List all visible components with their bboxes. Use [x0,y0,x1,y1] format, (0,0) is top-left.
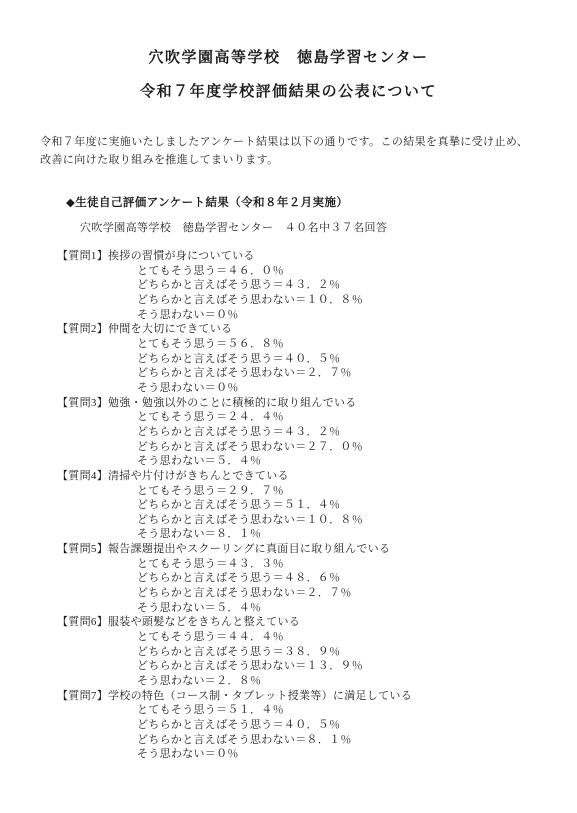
answer-line-somewhat-agree: どちらかと言えばそう思う＝４０．５％ [137,718,577,733]
answer-line-somewhat-disagree: どちらかと言えばそう思わない＝８．１％ [137,733,577,748]
answer-line-disagree: そう思わない＝２．８％ [137,674,577,689]
answer-line-somewhat-agree: どちらかと言えばそう思う＝４３．２％ [137,425,577,440]
question-label: 【質問4】 [57,470,108,482]
document-title-line1: 穴吹学園高等学校 徳島学習センター [0,48,577,68]
question-label: 【質問5】 [57,543,108,555]
question-block: 【質問2】仲間を大切にできている とてもそう思う＝５６．８％ どちらかと言えばそ… [0,322,577,395]
question-label: 【質問1】 [57,250,108,262]
document-title-line2: 令和７年度学校評価結果の公表について [0,82,577,102]
question-label: 【質問2】 [57,323,108,335]
answer-line-somewhat-disagree: どちらかと言えばそう思わない＝２．７％ [137,366,577,381]
answer-line-somewhat-agree: どちらかと言えばそう思う＝５１．４％ [137,498,577,513]
answer-line-disagree: そう思わない＝８．１％ [137,527,577,542]
question-block: 【質問7】学校の特色（コース制・タブレット授業等）に満足している とてもそう思う… [0,689,577,762]
question-label: 【質問3】 [57,397,108,409]
question-text: 報告課題提出やスクーリングに真面目に取り組んでいる [108,543,390,555]
answer-line-somewhat-agree: どちらかと言えばそう思う＝４３．２％ [137,278,577,293]
question-text: 学校の特色（コース制・タブレット授業等）に満足している [108,690,412,702]
answer-line-very-agree: とてもそう思う＝４６．０％ [137,264,577,279]
question-text: 勉強・勉強以外のことに積極的に取り組んでいる [108,397,357,409]
answer-line-somewhat-disagree: どちらかと言えばそう思わない＝２７．０％ [137,440,577,455]
answer-line-somewhat-agree: どちらかと言えばそう思う＝４８．６％ [137,571,577,586]
question-text: 清掃や片付けがきちんとできている [108,470,289,482]
question-text: 仲間を大切にできている [108,323,232,335]
question-block: 【質問5】報告課題提出やスクーリングに真面目に取り組んでいる とてもそう思う＝４… [0,542,577,615]
section-heading: ◆生徒自己評価アンケート結果（令和８年２月実施） [66,196,577,211]
answer-line-very-agree: とてもそう思う＝５６．８％ [137,337,577,352]
question-block: 【質問3】勉強・勉強以外のことに積極的に取り組んでいる とてもそう思う＝２４．４… [0,396,577,469]
question-label: 【質問6】 [57,616,108,628]
answer-line-disagree: そう思わない＝０％ [137,381,577,396]
question-line: 【質問4】清掃や片付けがきちんとできている [57,469,577,484]
question-line: 【質問3】勉強・勉強以外のことに積極的に取り組んでいる [57,396,577,411]
answer-line-very-agree: とてもそう思う＝５１．４％ [137,703,577,718]
intro-paragraph: 令和７年度に実施いたしましたアンケート結果は以下の通りです。この結果を真摯に受け… [40,133,551,169]
question-line: 【質問1】挨拶の習慣が身についている [57,249,577,264]
question-text: 服装や頭髪などをきちんと整えている [108,616,300,628]
answer-line-disagree: そう思わない＝０％ [137,747,577,762]
question-line: 【質問5】報告課題提出やスクーリングに真面目に取り組んでいる [57,542,577,557]
question-line: 【質問6】服装や頭髪などをきちんと整えている [57,615,577,630]
answer-line-disagree: そう思わない＝０％ [137,308,577,323]
answer-line-disagree: そう思わない＝５．４％ [137,454,577,469]
answer-line-very-agree: とてもそう思う＝２９．７％ [137,484,577,499]
intro-line1: 令和７年度に実施いたしましたアンケート結果は以下の通りです。この結果を真摯に受け… [40,133,551,151]
question-block: 【質問6】服装や頭髪などをきちんと整えている とてもそう思う＝４４．４％ どちら… [0,615,577,688]
answer-line-somewhat-disagree: どちらかと言えばそう思わない＝２．７％ [137,586,577,601]
question-text: 挨拶の習慣が身についている [108,250,255,262]
answer-line-somewhat-agree: どちらかと言えばそう思う＝３８．９％ [137,645,577,660]
question-label: 【質問7】 [57,690,108,702]
section-subheading: 穴吹学園高等学校 徳島学習センター ４０名中３７名回答 [80,221,577,236]
answer-line-disagree: そう思わない＝５．４％ [137,601,577,616]
answer-line-somewhat-disagree: どちらかと言えばそう思わない＝１０．８％ [137,513,577,528]
answer-line-very-agree: とてもそう思う＝４４．４％ [137,630,577,645]
answer-line-somewhat-disagree: どちらかと言えばそう思わない＝１０．８％ [137,293,577,308]
document-header: 穴吹学園高等学校 徳島学習センター 令和７年度学校評価結果の公表について [0,0,577,102]
question-line: 【質問2】仲間を大切にできている [57,322,577,337]
question-block: 【質問4】清掃や片付けがきちんとできている とてもそう思う＝２９．７％ どちらか… [0,469,577,542]
question-block: 【質問1】挨拶の習慣が身についている とてもそう思う＝４６．０％ どちらかと言え… [0,249,577,322]
answer-line-somewhat-agree: どちらかと言えばそう思う＝４０．５％ [137,352,577,367]
answer-line-very-agree: とてもそう思う＝４３．３％ [137,557,577,572]
document-page: 穴吹学園高等学校 徳島学習センター 令和７年度学校評価結果の公表について 令和７… [0,0,577,813]
question-line: 【質問7】学校の特色（コース制・タブレット授業等）に満足している [57,689,577,704]
answer-line-somewhat-disagree: どちらかと言えばそう思わない＝１３．９％ [137,659,577,674]
answer-line-very-agree: とてもそう思う＝２４．４％ [137,410,577,425]
questions-list: 【質問1】挨拶の習慣が身についている とてもそう思う＝４６．０％ どちらかと言え… [0,249,577,762]
intro-line2: 改善に向けた取り組みを推進してまいります。 [40,151,551,169]
